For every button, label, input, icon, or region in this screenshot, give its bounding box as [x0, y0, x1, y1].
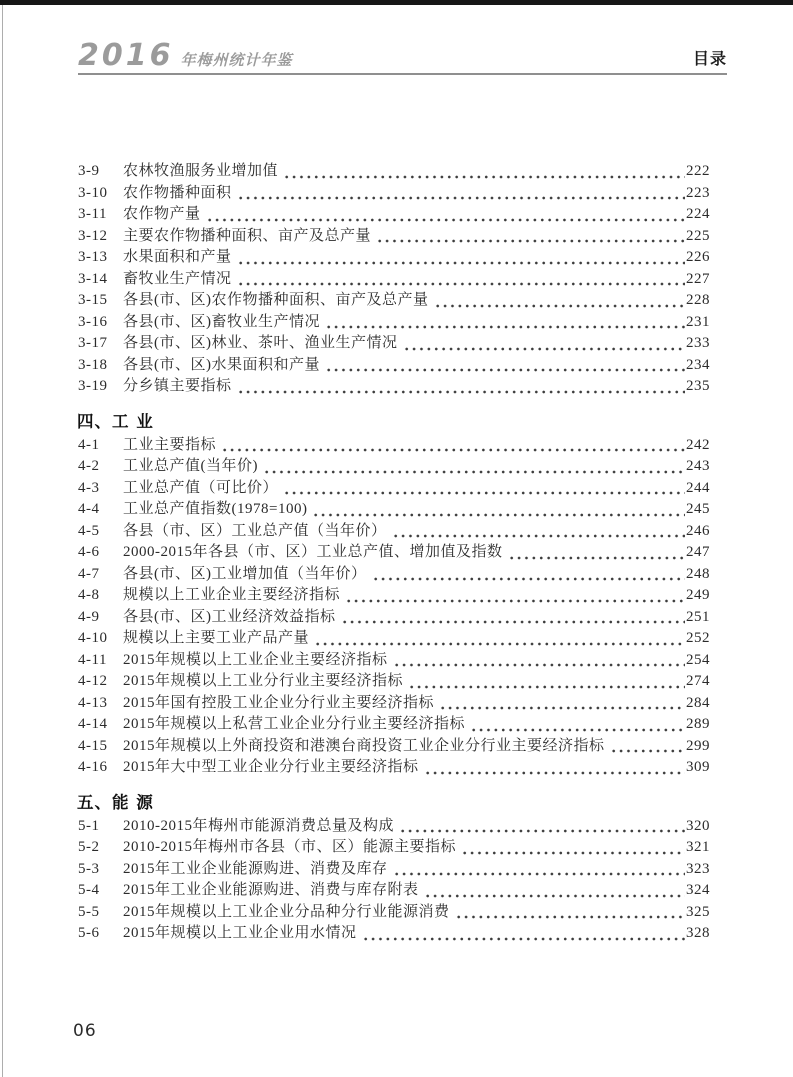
dot-leader	[393, 650, 685, 672]
entry-title: 各县(市、区)畜牧业生产情况	[123, 312, 323, 334]
toc-row: 4-5 各县（市、区）工业总产值（当年价） 246	[78, 521, 710, 543]
entry-number: 4-13	[78, 693, 123, 715]
entry-title: 水果面积和产量	[123, 247, 235, 269]
toc-row: 3-17 各县(市、区)林业、茶叶、渔业生产情况 233	[78, 333, 710, 355]
dot-leader	[461, 837, 685, 859]
entry-title: 主要农作物播种面积、亩产及总产量	[123, 226, 374, 248]
entry-page: 328	[686, 923, 710, 945]
entry-number: 4-2	[78, 456, 123, 478]
yearbook-brand: 2016 年梅州统计年鉴	[78, 42, 293, 70]
entry-title: 2015年规模以上工业分行业主要经济指标	[123, 671, 406, 693]
entry-page: 242	[686, 435, 710, 457]
entry-number: 4-12	[78, 671, 123, 693]
dot-leader	[325, 312, 685, 334]
toc-section: 四、工 业 4-1 工业主要指标 242 4-2 工业总产值(当年价) 243 …	[78, 412, 710, 779]
entry-title: 2015年规模以上工业企业主要经济指标	[123, 650, 391, 672]
entry-page: 234	[686, 355, 710, 377]
entry-number: 4-7	[78, 564, 123, 586]
entry-page: 324	[686, 880, 710, 902]
dot-leader	[314, 628, 685, 650]
toc-row: 5-3 2015年工业企业能源购进、消费及库存 323	[78, 859, 710, 881]
entry-title: 各县(市、区)工业增加值（当年价）	[123, 564, 370, 586]
dot-leader	[237, 269, 685, 291]
toc-row: 4-11 2015年规模以上工业企业主要经济指标 254	[78, 650, 710, 672]
entry-title: 2010-2015年梅州市能源消费总量及构成	[123, 816, 397, 838]
entry-number: 5-3	[78, 859, 123, 881]
entry-title: 农作物播种面积	[123, 183, 235, 205]
toc-row: 4-16 2015年大中型工业企业分行业主要经济指标 309	[78, 757, 710, 779]
entry-page: 289	[686, 714, 710, 736]
dot-leader	[392, 521, 685, 543]
toc-row: 4-13 2015年国有控股工业企业分行业主要经济指标 284	[78, 693, 710, 715]
entry-page: 254	[686, 650, 710, 672]
toc-row: 3-11 农作物产量 224	[78, 204, 710, 226]
toc-row: 4-4 工业总产值指数(1978=100) 245	[78, 499, 710, 521]
dot-leader	[408, 671, 685, 693]
entry-number: 3-13	[78, 247, 123, 269]
toc-row: 3-10 农作物播种面积 223	[78, 183, 710, 205]
dot-leader	[399, 816, 685, 838]
dot-leader	[376, 226, 685, 248]
entry-number: 4-15	[78, 736, 123, 758]
entry-page: 325	[686, 902, 710, 924]
toc-row: 4-2 工业总产值(当年价) 243	[78, 456, 710, 478]
entry-title: 工业总产值指数(1978=100)	[123, 499, 310, 521]
toc-row: 5-2 2010-2015年梅州市各县（市、区）能源主要指标 321	[78, 837, 710, 859]
toc-row: 4-15 2015年规模以上外商投资和港澳台商投资工业企业分行业主要经济指标 2…	[78, 736, 710, 758]
entry-number: 4-9	[78, 607, 123, 629]
entry-title: 规模以上工业企业主要经济指标	[123, 585, 343, 607]
entry-page: 249	[686, 585, 710, 607]
entry-page: 248	[686, 564, 710, 586]
entry-page: 226	[686, 247, 710, 269]
section-entries: 3-9 农林牧渔服务业增加值 222 3-10 农作物播种面积 223 3-11…	[78, 161, 710, 398]
entry-page: 222	[686, 161, 710, 183]
dot-leader	[610, 736, 685, 758]
dot-leader	[434, 290, 686, 312]
entry-page: 247	[686, 542, 710, 564]
entry-title: 农林牧渔服务业增加值	[123, 161, 281, 183]
entry-title: 各县(市、区)林业、茶叶、渔业生产情况	[123, 333, 401, 355]
entry-number: 4-16	[78, 757, 123, 779]
toc-row: 5-4 2015年工业企业能源购进、消费与库存附表 324	[78, 880, 710, 902]
toc-row: 3-12 主要农作物播种面积、亩产及总产量 225	[78, 226, 710, 248]
entry-page: 309	[686, 757, 710, 779]
footer-page-number: 06	[73, 1021, 97, 1041]
entry-page: 321	[686, 837, 710, 859]
entry-page: 227	[686, 269, 710, 291]
dot-leader	[372, 564, 686, 586]
entry-number: 5-6	[78, 923, 123, 945]
entry-page: 323	[686, 859, 710, 881]
entry-number: 4-10	[78, 628, 123, 650]
entry-page: 246	[686, 521, 710, 543]
entry-number: 5-2	[78, 837, 123, 859]
dot-leader	[424, 880, 685, 902]
toc: 3-9 农林牧渔服务业增加值 222 3-10 农作物播种面积 223 3-11…	[78, 75, 710, 945]
entry-page: 244	[686, 478, 710, 500]
dot-leader	[325, 355, 685, 377]
entry-number: 3-10	[78, 183, 123, 205]
entry-title: 农作物产量	[123, 204, 204, 226]
brand-title: 年梅州统计年鉴	[181, 49, 293, 70]
section-heading: 五、能 源	[77, 793, 710, 813]
entry-number: 3-18	[78, 355, 123, 377]
entry-number: 3-17	[78, 333, 123, 355]
toc-row: 4-6 2000-2015年各县（市、区）工业总产值、增加值及指数 247	[78, 542, 710, 564]
page-left-border	[2, 5, 3, 1077]
entry-number: 3-19	[78, 376, 123, 398]
toc-row: 3-16 各县(市、区)畜牧业生产情况 231	[78, 312, 710, 334]
entry-number: 3-11	[78, 204, 123, 226]
entry-number: 4-14	[78, 714, 123, 736]
toc-row: 3-19 分乡镇主要指标 235	[78, 376, 710, 398]
entry-page: 243	[686, 456, 710, 478]
toc-row: 4-3 工业总产值（可比价） 244	[78, 478, 710, 500]
entry-number: 3-15	[78, 290, 123, 312]
dot-leader	[283, 478, 685, 500]
toc-row: 5-1 2010-2015年梅州市能源消费总量及构成 320	[78, 816, 710, 838]
entry-page: 228	[686, 290, 710, 312]
dot-leader	[470, 714, 685, 736]
page-header: 2016 年梅州统计年鉴 目录	[78, 42, 727, 75]
entry-page: 231	[686, 312, 710, 334]
entry-number: 5-4	[78, 880, 123, 902]
entry-number: 3-12	[78, 226, 123, 248]
toc-row: 4-7 各县(市、区)工业增加值（当年价） 248	[78, 564, 710, 586]
dot-leader	[403, 333, 686, 355]
dot-leader	[424, 757, 685, 779]
entry-title: 2015年规模以上外商投资和港澳台商投资工业企业分行业主要经济指标	[123, 736, 608, 758]
entry-page: 224	[686, 204, 710, 226]
entry-title: 工业主要指标	[123, 435, 219, 457]
dot-leader	[393, 859, 685, 881]
toc-row: 3-9 农林牧渔服务业增加值 222	[78, 161, 710, 183]
section-heading: 四、工 业	[77, 412, 710, 432]
entry-page: 299	[686, 736, 710, 758]
yearbook-toc-page: { "header": { "year": "2016", "book_titl…	[0, 0, 793, 1077]
section-entries: 4-1 工业主要指标 242 4-2 工业总产值(当年价) 243 4-3 工业…	[78, 435, 710, 779]
entry-page: 320	[686, 816, 710, 838]
entry-page: 251	[686, 607, 710, 629]
entry-title: 各县(市、区)水果面积和产量	[123, 355, 323, 377]
entry-page: 284	[686, 693, 710, 715]
toc-row: 4-10 规模以上主要工业产品产量 252	[78, 628, 710, 650]
dot-leader	[455, 902, 685, 924]
dot-leader	[237, 376, 685, 398]
page-top-border	[0, 0, 793, 5]
entry-title: 2015年国有控股工业企业分行业主要经济指标	[123, 693, 437, 715]
entry-page: 252	[686, 628, 710, 650]
toc-row: 3-14 畜牧业生产情况 227	[78, 269, 710, 291]
entry-number: 4-1	[78, 435, 123, 457]
dot-leader	[362, 923, 685, 945]
entry-page: 235	[686, 376, 710, 398]
toc-row: 3-13 水果面积和产量 226	[78, 247, 710, 269]
dot-leader	[221, 435, 685, 457]
entry-number: 4-11	[78, 650, 123, 672]
dot-leader	[508, 542, 686, 564]
section-entries: 5-1 2010-2015年梅州市能源消费总量及构成 320 5-2 2010-…	[78, 816, 710, 945]
entry-title: 2015年大中型工业企业分行业主要经济指标	[123, 757, 422, 779]
dot-leader	[263, 456, 685, 478]
entry-number: 3-9	[78, 161, 123, 183]
entry-page: 274	[686, 671, 710, 693]
entry-title: 各县(市、区)工业经济效益指标	[123, 607, 339, 629]
entry-number: 5-5	[78, 902, 123, 924]
entry-number: 4-8	[78, 585, 123, 607]
dot-leader	[345, 585, 685, 607]
toc-row: 3-18 各县(市、区)水果面积和产量 234	[78, 355, 710, 377]
toc-row: 4-8 规模以上工业企业主要经济指标 249	[78, 585, 710, 607]
dot-leader	[206, 204, 685, 226]
dot-leader	[237, 183, 685, 205]
toc-row: 5-6 2015年规模以上工业企业用水情况 328	[78, 923, 710, 945]
toc-section: 3-9 农林牧渔服务业增加值 222 3-10 农作物播种面积 223 3-11…	[78, 161, 710, 398]
toc-section: 五、能 源 5-1 2010-2015年梅州市能源消费总量及构成 320 5-2…	[78, 793, 710, 945]
entry-number: 4-5	[78, 521, 123, 543]
entry-page: 233	[686, 333, 710, 355]
entry-title: 工业总产值（可比价）	[123, 478, 281, 500]
toc-row: 4-12 2015年规模以上工业分行业主要经济指标 274	[78, 671, 710, 693]
dot-leader	[439, 693, 685, 715]
toc-row: 4-9 各县(市、区)工业经济效益指标 251	[78, 607, 710, 629]
dot-leader	[283, 161, 685, 183]
entry-title: 畜牧业生产情况	[123, 269, 235, 291]
dot-leader	[237, 247, 685, 269]
toc-row: 4-14 2015年规模以上私营工业企业分行业主要经济指标 289	[78, 714, 710, 736]
corner-label: 目录	[693, 46, 727, 70]
dot-leader	[341, 607, 686, 629]
entry-page: 225	[686, 226, 710, 248]
entry-title: 2000-2015年各县（市、区）工业总产值、增加值及指数	[123, 542, 506, 564]
entry-title: 各县（市、区）工业总产值（当年价）	[123, 521, 390, 543]
entry-number: 4-3	[78, 478, 123, 500]
toc-row: 5-5 2015年规模以上工业企业分品种分行业能源消费 325	[78, 902, 710, 924]
entry-number: 4-4	[78, 499, 123, 521]
entry-title: 2010-2015年梅州市各县（市、区）能源主要指标	[123, 837, 459, 859]
brand-year: 2016	[78, 42, 174, 70]
entry-title: 2015年规模以上工业企业用水情况	[123, 923, 360, 945]
toc-row: 4-1 工业主要指标 242	[78, 435, 710, 457]
entry-page: 245	[686, 499, 710, 521]
entry-number: 3-16	[78, 312, 123, 334]
entry-title: 2015年规模以上私营工业企业分行业主要经济指标	[123, 714, 468, 736]
entry-number: 5-1	[78, 816, 123, 838]
toc-row: 3-15 各县(市、区)农作物播种面积、亩产及总产量 228	[78, 290, 710, 312]
entry-title: 规模以上主要工业产品产量	[123, 628, 312, 650]
entry-title: 各县(市、区)农作物播种面积、亩产及总产量	[123, 290, 432, 312]
entry-page: 223	[686, 183, 710, 205]
entry-title: 2015年工业企业能源购进、消费与库存附表	[123, 880, 422, 902]
entry-title: 2015年工业企业能源购进、消费及库存	[123, 859, 391, 881]
entry-title: 分乡镇主要指标	[123, 376, 235, 398]
entry-number: 3-14	[78, 269, 123, 291]
entry-number: 4-6	[78, 542, 123, 564]
entry-title: 工业总产值(当年价)	[123, 456, 261, 478]
dot-leader	[312, 499, 685, 521]
entry-title: 2015年规模以上工业企业分品种分行业能源消费	[123, 902, 453, 924]
